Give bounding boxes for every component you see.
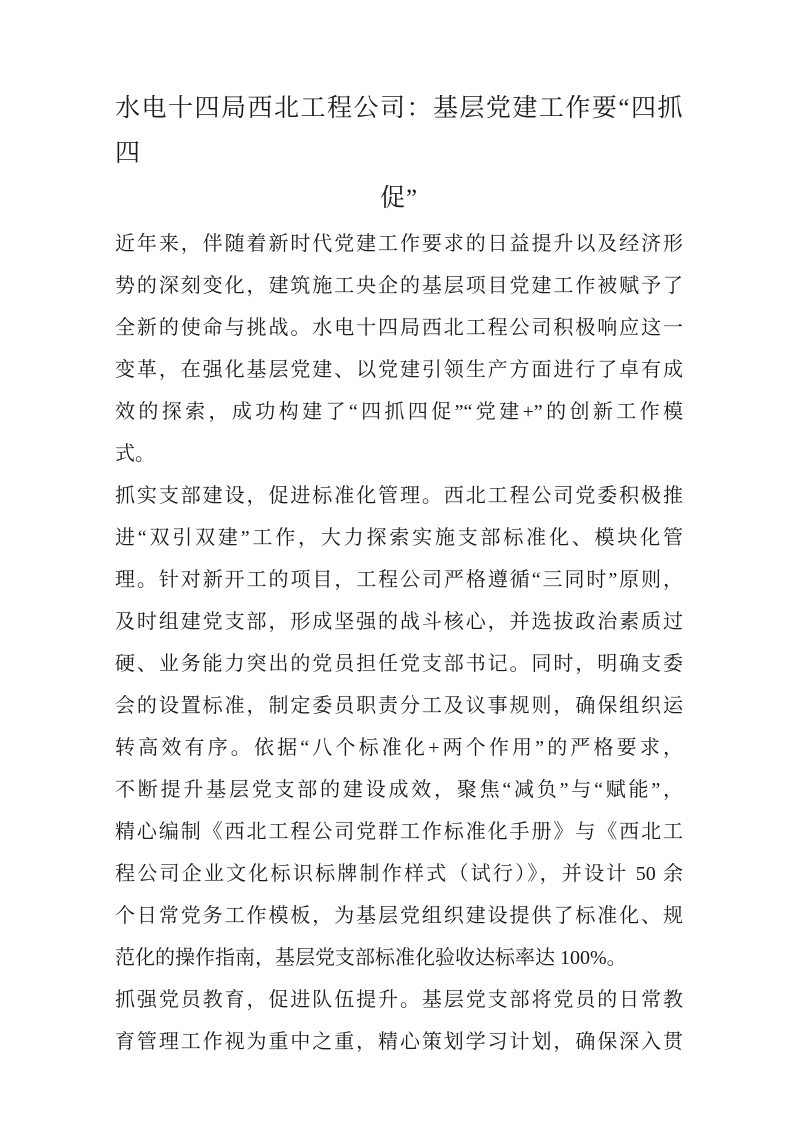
text-line: 程公司企业文化标识标牌制作样式（试行）》，并设计 50 余: [115, 853, 683, 895]
text-line: 精心编制《西北工程公司党群工作标准化手册》与《西北工: [115, 811, 683, 853]
text-line: 硬、业务能力突出的党员担任党支部书记。同时，明确支委: [115, 643, 683, 685]
text-line: 全新的使命与挑战。水电十四局西北工程公司积极响应这一: [115, 307, 683, 349]
text-line: 抓强党员教育，促进队伍提升。基层党支部将党员的日常教: [115, 979, 683, 1021]
text-line: 个日常党务工作模板，为基层党组织建设提供了标准化、规: [115, 895, 683, 937]
text-line: 抓实支部建设，促进标准化管理。西北工程公司党委积极推: [115, 475, 683, 517]
text-line: 理。针对新开工的项目，工程公司严格遵循“三同时”原则，: [115, 559, 683, 601]
title-line: 水电十四局西北工程公司：基层党建工作要“四抓四: [115, 86, 683, 176]
text-line: 效的探索，成功构建了“四抓四促”“党建+”的创新工作模: [115, 391, 683, 433]
title-line: 促”: [115, 176, 683, 221]
paragraph: 抓实支部建设，促进标准化管理。西北工程公司党委积极推进“双引双建”工作，大力探索…: [115, 475, 683, 979]
text-line: 转高效有序。依据“八个标准化+两个作用”的严格要求，: [115, 727, 683, 769]
text-line: 及时组建党支部，形成坚强的战斗核心，并选拔政治素质过: [115, 601, 683, 643]
text-line: 势的深刻变化，建筑施工央企的基层项目党建工作被赋予了: [115, 265, 683, 307]
text-line: 近年来，伴随着新时代党建工作要求的日益提升以及经济形: [115, 223, 683, 265]
text-line: 育管理工作视为重中之重，精心策划学习计划，确保深入贯: [115, 1021, 683, 1063]
document-title: 水电十四局西北工程公司：基层党建工作要“四抓四促”: [115, 86, 683, 221]
text-line: 会的设置标准，制定委员职责分工及议事规则，确保组织运: [115, 685, 683, 727]
document-page: 水电十四局西北工程公司：基层党建工作要“四抓四促” 近年来，伴随着新时代党建工作…: [0, 0, 793, 1122]
text-line: 不断提升基层党支部的建设成效，聚焦“减负”与“赋能”，: [115, 769, 683, 811]
text-line: 进“双引双建”工作，大力探索实施支部标准化、模块化管: [115, 517, 683, 559]
paragraph: 抓强党员教育，促进队伍提升。基层党支部将党员的日常教育管理工作视为重中之重，精心…: [115, 979, 683, 1063]
text-line: 变革，在强化基层党建、以党建引领生产方面进行了卓有成: [115, 349, 683, 391]
document-body: 近年来，伴随着新时代党建工作要求的日益提升以及经济形势的深刻变化，建筑施工央企的…: [115, 223, 683, 1063]
paragraph: 近年来，伴随着新时代党建工作要求的日益提升以及经济形势的深刻变化，建筑施工央企的…: [115, 223, 683, 475]
text-line: 范化的操作指南，基层党支部标准化验收达标率达 100%。: [115, 937, 683, 979]
text-line: 式。: [115, 433, 683, 475]
